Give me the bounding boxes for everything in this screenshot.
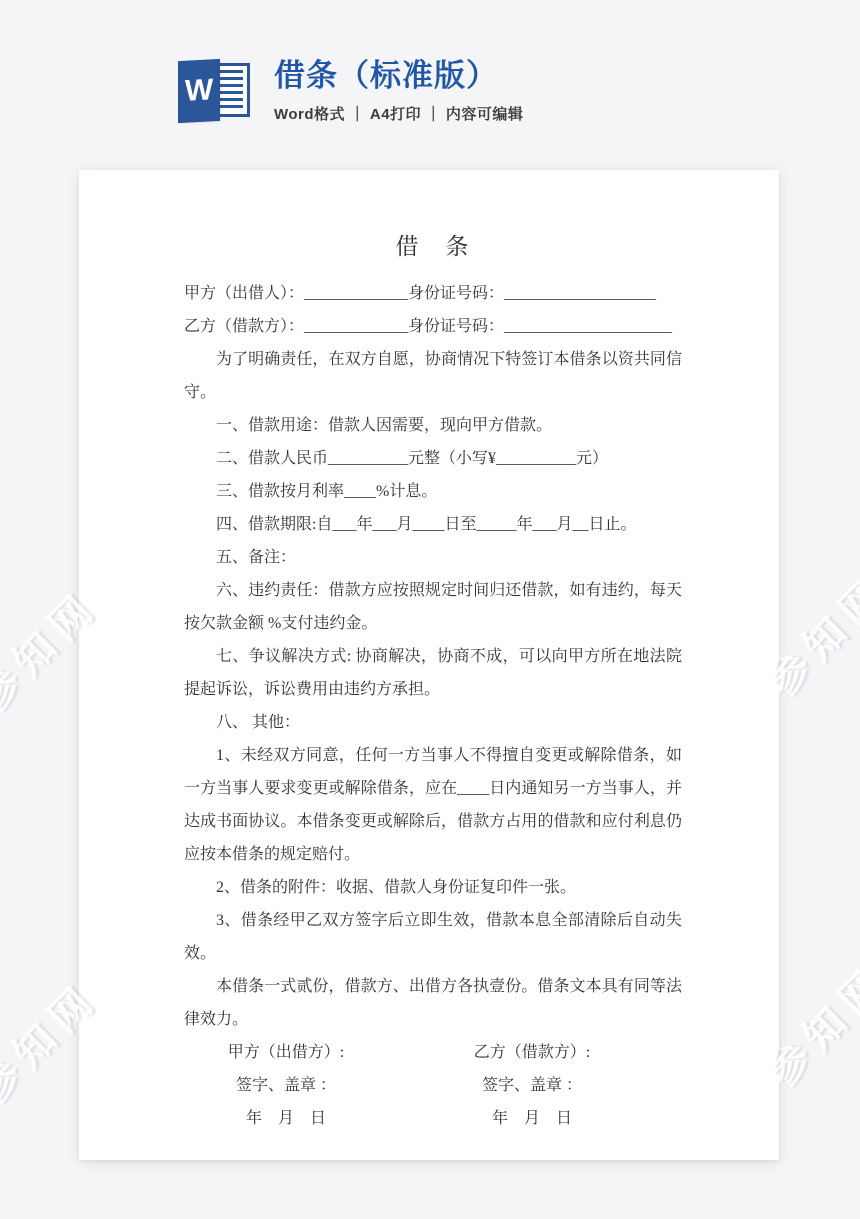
doc-paragraph: 七、争议解决方式: 协商解决，协商不成，可以向甲方所在地法院提起诉讼，诉讼费用由…	[184, 640, 682, 706]
doc-paragraph: 乙方（借款方）：_____________身份证号码：_____________…	[184, 310, 682, 343]
party-a-date-line: 年 月 日	[196, 1102, 376, 1135]
party-b-date-line: 年 月 日	[442, 1102, 622, 1135]
party-b-label: 乙方（借款方）:	[442, 1036, 622, 1069]
doc-paragraph: 二、借款人民币__________元整（小写¥__________元）	[184, 442, 682, 475]
word-icon-cover: W	[178, 59, 220, 123]
document-page: 借 条 甲方（出借人）：_____________身份证号码：_________…	[79, 170, 779, 1160]
party-a-sign-seal-label: 签字、盖章 ：	[196, 1069, 376, 1102]
signature-section: 甲方（出借方）: 签字、盖章 ： 年 月 日 乙方（借款方）: 签字、盖章 ： …	[184, 1036, 682, 1135]
word-icon-letter: W	[185, 75, 213, 106]
doc-paragraph: 一、借款用途：借款人因需要，现向甲方借款。	[184, 409, 682, 442]
doc-paragraph: 为了明确责任，在双方自愿，协商情况下特签订本借条以资共同信守。	[184, 343, 682, 409]
signature-left: 甲方（出借方）: 签字、盖章 ： 年 月 日	[196, 1036, 376, 1135]
party-a-label: 甲方（出借方）:	[196, 1036, 376, 1069]
signature-right: 乙方（借款方）: 签字、盖章 ： 年 月 日	[442, 1036, 622, 1135]
doc-paragraph: 3、借条经甲乙双方签字后立即生效，借款本息全部清除后自动失效。	[184, 904, 682, 970]
template-title: 借条（标准版）	[274, 58, 523, 94]
doc-paragraph: 四、借款期限:自___年___月____日至_____年___月__日止。	[184, 508, 682, 541]
template-subtitle: Word格式 ｜ A4打印 ｜ 内容可编辑	[274, 103, 523, 124]
doc-paragraph: 五、备注：	[184, 541, 682, 574]
party-b-sign-seal-label: 签字、盖章 ：	[442, 1069, 622, 1102]
doc-paragraph: 本借条一式贰份，借款方、出借方各执壹份。借条文本具有同等法律效力。	[184, 970, 682, 1036]
doc-paragraph: 八、 其他：	[184, 706, 682, 739]
document-title: 借 条	[184, 230, 682, 263]
word-icon: W	[170, 54, 254, 126]
header-text-block: 借条（标准版） Word格式 ｜ A4打印 ｜ 内容可编辑	[274, 54, 523, 124]
doc-paragraph: 2、借条的附件：收据、借款人身份证复印件一张。	[184, 871, 682, 904]
template-header: W 借条（标准版） Word格式 ｜ A4打印 ｜ 内容可编辑	[170, 54, 523, 126]
document-body: 甲方（出借人）：_____________身份证号码：_____________…	[184, 277, 682, 1036]
doc-paragraph: 六、违约责任：借款方应按照规定时间归还借款，如有违约，每天按欠款金额 %支付违约…	[184, 574, 682, 640]
doc-paragraph: 三、借款按月利率____%计息。	[184, 475, 682, 508]
page-background: W 借条（标准版） Word格式 ｜ A4打印 ｜ 内容可编辑 借 条 甲方（出…	[0, 0, 860, 1219]
doc-paragraph: 甲方（出借人）：_____________身份证号码：_____________…	[184, 277, 682, 310]
doc-paragraph: 1、未经双方同意，任何一方当事人不得擅自变更或解除借条，如一方当事人要求变更或解…	[184, 739, 682, 871]
